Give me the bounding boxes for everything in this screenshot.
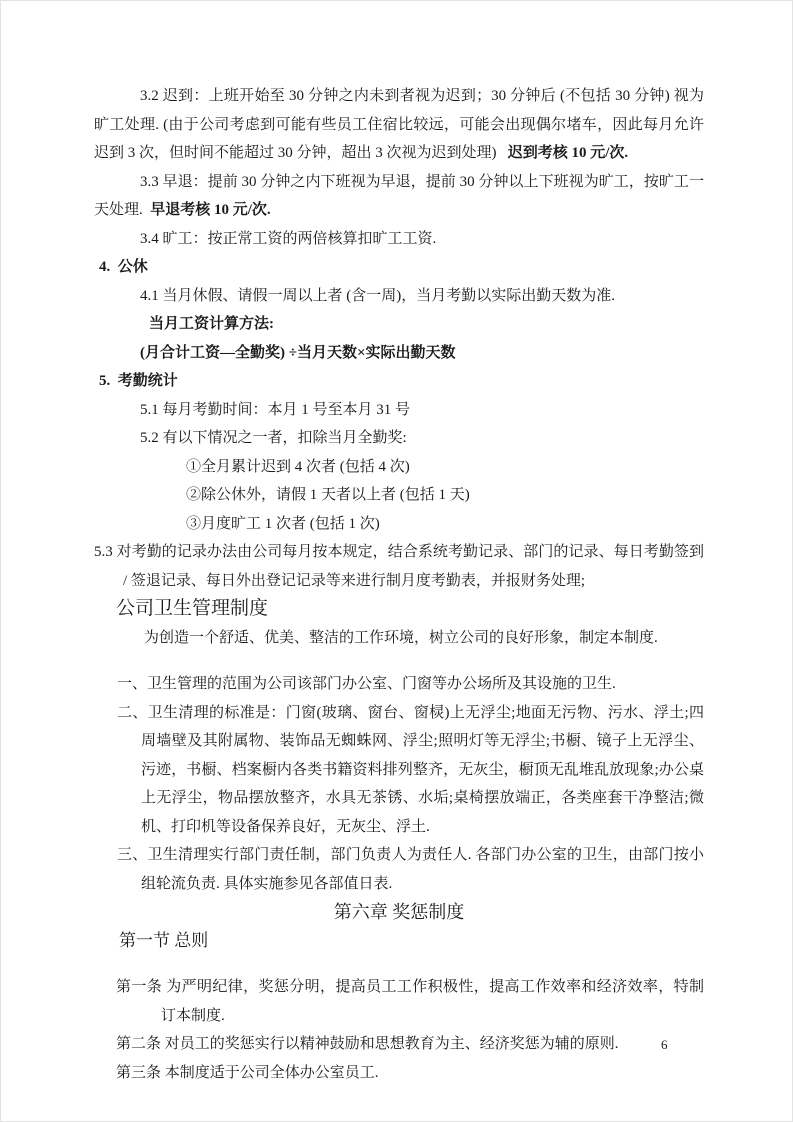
- salary-calc-formula: (月合计工资—全勤奖) ÷当月天数×实际出勤天数: [94, 339, 704, 368]
- heading-public-holiday: 4. 公休: [94, 253, 704, 282]
- section1-title: 第一节 总则: [94, 927, 704, 956]
- general-rules-articles: 第一条 为严明纪律，奖惩分明，提高员工工作积极性，提高工作效率和经济效率，特制订…: [94, 973, 704, 1087]
- paragraph-early-leave-rule: 3.3 早退：提前 30 分钟之内下班视为早退，提前 30 分钟以上下班视为旷工…: [94, 168, 704, 225]
- early-leave-penalty-bold: 早退考核 10 元/次.: [150, 202, 270, 218]
- hygiene-section-title: 公司卫生管理制度: [94, 595, 704, 624]
- full-attendance-condition-1: ①全月累计迟到 4 次者 (包括 4 次): [94, 453, 704, 482]
- paragraph-4-1: 4.1 当月休假、请假一周以上者 (含一周)，当月考勤以实际出勤天数为准.: [94, 282, 704, 311]
- article-2: 第二条 对员工的奖惩实行以精神鼓励和思想教育为主、经济奖惩为辅的原则.: [94, 1030, 704, 1059]
- late-penalty-bold: 迟到考核 10 元/次.: [508, 145, 628, 161]
- full-attendance-condition-3: ③月度旷工 1 次者 (包括 1 次): [94, 510, 704, 539]
- paragraph-5-2: 5.2 有以下情况之一者，扣除当月全勤奖:: [94, 424, 704, 453]
- article-1: 第一条 为严明纪律，奖惩分明，提高员工工作积极性，提高工作效率和经济效率，特制订…: [94, 973, 704, 1030]
- hygiene-intro: 为创造一个舒适、优美、整洁的工作环境，树立公司的良好形象，制定本制度.: [94, 624, 704, 653]
- paragraph-5-3: 5.3 对考勤的记录办法由公司每月按本规定，结合系统考勤记录、部门的记录、每日考…: [94, 538, 704, 595]
- hygiene-rule-list: 一、卫生管理的范围为公司该部门办公室、门窗等办公场所及其设施的卫生. 二、卫生清…: [94, 670, 704, 898]
- chapter6-title: 第六章 奖惩制度: [94, 898, 704, 927]
- article-3: 第三条 本制度适于公司全体办公室员工.: [94, 1059, 704, 1088]
- document-page: 3.2 迟到：上班开始至 30 分钟之内未到者视为迟到；30 分钟后 (不包括 …: [0, 0, 793, 1122]
- salary-calc-label: 当月工资计算方法:: [94, 310, 704, 339]
- hygiene-rule-3: 三、卫生清理实行部门责任制，部门负责人为责任人. 各部门办公室的卫生，由部门按小…: [94, 841, 704, 898]
- paragraph-absenteeism-rule: 3.4 旷工：按正常工资的两倍核算扣旷工工资.: [94, 225, 704, 254]
- paragraph-5-1: 5.1 每月考勤时间：本月 1 号至本月 31 号: [94, 396, 704, 425]
- full-attendance-condition-2: ②除公休外，请假 1 天者以上者 (包括 1 天): [94, 481, 704, 510]
- paragraph-late-rule: 3.2 迟到：上班开始至 30 分钟之内未到者视为迟到；30 分钟后 (不包括 …: [94, 82, 704, 168]
- hygiene-rule-1: 一、卫生管理的范围为公司该部门办公室、门窗等办公场所及其设施的卫生.: [94, 670, 704, 699]
- hygiene-rule-2: 二、卫生清理的标准是：门窗(玻璃、窗台、窗棂)上无浮尘;地面无污物、污水、浮土;…: [94, 699, 704, 842]
- heading-attendance-statistics: 5. 考勤统计: [94, 367, 704, 396]
- page-number: 6: [661, 1037, 668, 1053]
